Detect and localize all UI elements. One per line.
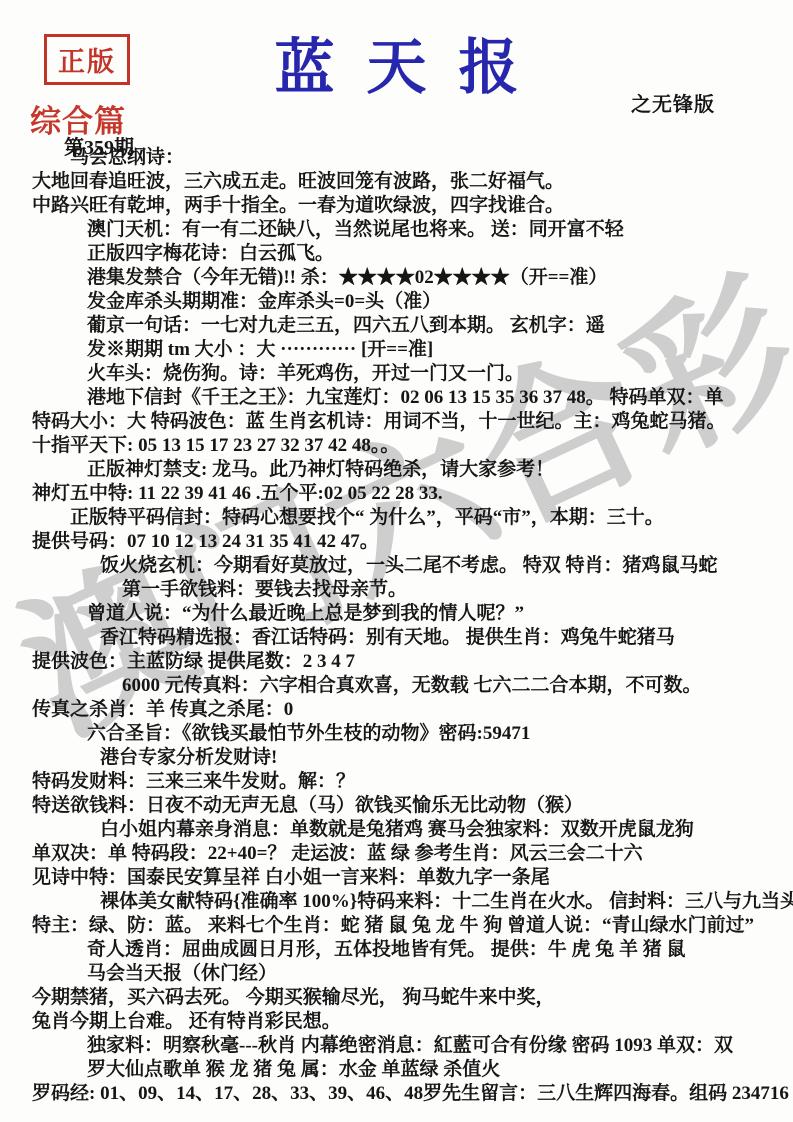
text-line: 特码发财料：三来三来牛发财。解：？ — [32, 770, 793, 794]
text-line: 香江特码精选报：香江话特码：别有天地。 提供生肖：鸡兔牛蛇猪马 — [32, 626, 793, 650]
text-line: 特码大小：大 特码波色：蓝 生肖玄机诗：用词不当，十一世纪。主：鸡兔蛇马猪。 — [32, 410, 793, 434]
text-line: 饭火烧玄机：今期看好莫放过，一头二尾不考虑。 特双 特肖：猪鸡鼠马蛇 — [32, 554, 793, 578]
text-line: 罗大仙点歌单 猴 龙 猪 兔 属：水金 单蓝绿 杀值火 — [32, 1058, 793, 1082]
text-line: 传真之杀肖：羊 传真之杀尾：0 — [32, 698, 793, 722]
text-line: 单双决：单 特码段：22+40=？ 走运波：蓝 绿 参考生肖：风云三会二十六 — [32, 842, 793, 866]
text-line: 6000 元传真料：六字相合真欢喜，无数载 七六二二合本期，不可数。 — [32, 674, 793, 698]
text-line: 正版神灯禁支: 龙马。此乃神灯特码绝杀，请大家参考！ — [32, 458, 793, 482]
text-line: 大地回春追旺波，三六成五走。旺波回笼有波路，张二好福气。 — [32, 170, 793, 194]
text-line: 奇人透肖：屈曲成圆日月形，五体投地皆有凭。 提供：牛 虎 兔 羊 猪 鼠 — [32, 938, 793, 962]
text-line: 正版四字梅花诗：白云孤飞。 — [32, 242, 793, 266]
tips-content: 马会总纲诗：大地回春追旺波，三六成五走。旺波回笼有波路，张二好福气。中路兴旺有乾… — [32, 146, 793, 1106]
text-line: 六合圣旨：《欲钱买最怕节外生枝的动物》密码:59471 — [32, 722, 793, 746]
text-line: 澳门天机：有一有二还缺八，当然说尾也将来。 送：同开富不轻 — [32, 218, 793, 242]
text-line: 发金库杀头期期准：金库杀头=0=头（准） — [32, 290, 793, 314]
text-line: 马会当天报（休门经） — [32, 962, 793, 986]
edition-label: 之无锋版 — [631, 88, 715, 117]
text-line: 发※期期 tm 大小 ：大 ············ [开==准] — [32, 338, 793, 362]
text-line: 裸体美女献特码{准确率 100%}特码来料：十二生肖在火水。 信封料：三八与九当… — [32, 890, 793, 914]
text-line: 港台专家分析发财诗! — [32, 746, 793, 770]
text-line: 特送欲钱料：日夜不动无声无息（马）欲钱买愉乐无比动物（猴） — [32, 794, 793, 818]
line-left: 罗码经: 01、09、14、17、28、33、39、46、48 — [32, 1082, 423, 1106]
text-line: 第一手欲钱料：要钱去找母亲节。 — [32, 578, 793, 602]
text-line: 独家料：明察秋毫---秋肖 内幕绝密消息：紅藍可合有份缘 密码 1093 单双：… — [32, 1034, 793, 1058]
text-line: 马会总纲诗： — [32, 146, 793, 170]
text-line: 神灯五中特: 11 22 39 41 46 .五个平:02 05 22 28 3… — [32, 482, 793, 506]
text-line: 兔肖今期上台难。 还有特肖彩民想。 — [32, 1010, 793, 1034]
text-line: 葡京一句话：一七对九走三五，四六五八到本期。 玄机字：遥 — [32, 314, 793, 338]
text-line: 提供波色：主蓝防绿 提供尾数：2 3 4 7 — [32, 650, 793, 674]
text-line: 曾道人说：“为什么最近晚上总是梦到我的情人呢？” — [32, 602, 793, 626]
text-line: 港集发禁合（今年无错)!! 杀：★★★★02★★★★（开==准） — [32, 266, 793, 290]
text-line: 提供号码：07 10 12 13 24 31 35 41 42 47。 — [32, 530, 793, 554]
text-line: 十指平天下: 05 13 15 17 23 27 32 37 42 48。。 — [32, 434, 793, 458]
text-line: 白小姐内幕亲身消息：单数就是兔猪鸡 赛马会独家料：双数开虎鼠龙狗 — [32, 818, 793, 842]
text-line: 今期禁猪，买六码去死。 今期买猴输尽光， 狗马蛇牛来中奖， — [32, 986, 793, 1010]
text-line: 正版特平码信封：特码心想要找个“ 为什么”，平码“市”，本期：三十。 — [32, 506, 793, 530]
text-line: 罗码经: 01、09、14、17、28、33、39、46、48罗先生留言：三八生… — [32, 1082, 793, 1106]
text-line: 中路兴旺有乾坤，两手十指全。一春为道吹绿波，四字找谁合。 — [32, 194, 793, 218]
text-line: 火车头：烧伤狗。诗：羊死鸡伤，开过一门又一门。 — [32, 362, 793, 386]
line-right: 罗先生留言：三八生辉四海春。组码 234716 — [423, 1082, 789, 1106]
text-line: 见诗中特：国泰民安算呈祥 白小姐一言来料：单数九字一条尾 — [32, 866, 793, 890]
issue-number: 第359期 — [64, 131, 134, 160]
newspaper-page: 澳门六合彩 正版 蓝天报 之无锋版 综合篇 第359期 马会总纲诗：大地回春追旺… — [0, 0, 793, 1122]
text-line: 特主：绿、防：蓝。 来料七个生肖：蛇 猪 鼠 兔 龙 牛 狗 曾道人说：“青山绿… — [32, 914, 793, 938]
text-line: 港地下信封《千王之王》：九宝莲灯：02 06 13 15 35 36 37 48… — [32, 386, 793, 410]
